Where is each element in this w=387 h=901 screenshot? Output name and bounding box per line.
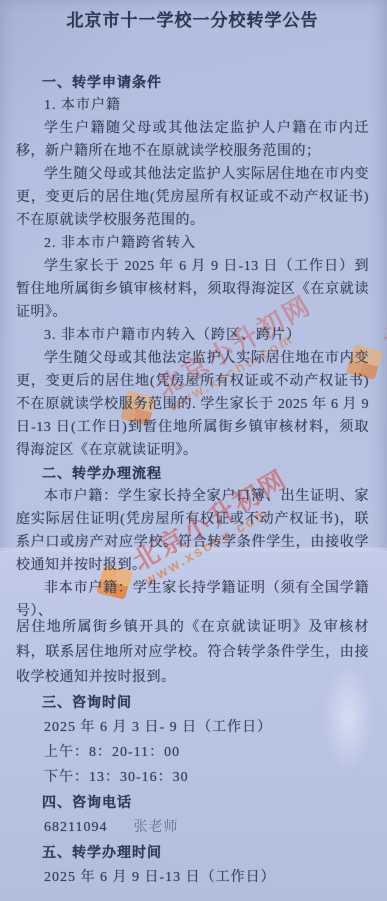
consult-morning-hours: 上午：8：20-11：00: [44, 740, 369, 765]
section-3-heading: 三、咨询时间: [42, 690, 369, 715]
section-1-item-1: 1. 本市户籍: [44, 94, 369, 117]
section-1-item-2: 2. 非本市户籍跨省转入: [44, 232, 369, 255]
section-4-heading: 四、咨询电话: [42, 790, 369, 815]
section-1-heading: 一、转学申请条件: [42, 71, 369, 94]
contact-person: 张老师: [133, 820, 178, 835]
section-1-item-2-paragraph-1: 学生家长于 2025 年 6 月 9 日-13 日（工作日）到暂住地所属街乡镇审…: [16, 255, 369, 324]
section-1-item-3: 3. 非本市户籍市内转入（跨区、跨片）: [44, 324, 369, 347]
section-1-item-1-paragraph-1: 学生户籍随父母或其他法定监护人户籍在市内迁移，新户籍所在地不在原就读学校服务范围…: [16, 117, 369, 163]
section-2-heading: 二、转学办理流程: [42, 462, 369, 485]
phone-number: 68211094: [44, 820, 107, 835]
document-photo: 北京小升初网 www.xschu.com 北京小升初网 www.xschu.co…: [0, 0, 387, 901]
transfer-processing-dates: 2025 年 6 月 9 日-13 日（工作日）: [44, 865, 369, 890]
section-2-paragraph-2-continued: 居住地所属街乡镇开具的《在京就读证明》及审核材料，联系居住地所对应学校。符合转学…: [16, 615, 369, 690]
section-1-item-3-paragraph-1: 学生随父母或其他法定监护人实际居住地在市内变更，变更后的居住地(凭房屋所有权证或…: [16, 347, 369, 462]
document-body-bottom: 居住地所属街乡镇开具的《在京就读证明》及审核材料，联系居住地所对应学校。符合转学…: [16, 615, 369, 890]
page-title: 北京市十一学校一分校转学公告: [16, 8, 369, 33]
watermark-site-name: 北京小升初网: [378, 244, 387, 355]
consult-dates: 2025 年 6 月 3 日- 9 日（工作日）: [44, 715, 369, 740]
section-2-paragraph-1: 本市户籍：学生家长持全家户口簿、出生证明、家庭实际居住证明(凭房屋所有权证或不动…: [16, 485, 369, 577]
section-1-item-1-paragraph-2: 学生随父母或其他法定监护人实际居住地在市内变更，变更后的居住地(凭房屋所有权证或…: [16, 163, 369, 232]
section-5-heading: 五、转学办理时间: [42, 840, 369, 865]
phone-line: 68211094张老师: [44, 815, 369, 840]
document-body-top: 北京市十一学校一分校转学公告 一、转学申请条件 1. 本市户籍 学生户籍随父母或…: [16, 8, 369, 623]
consult-afternoon-hours: 下午：13：30-16：30: [44, 765, 369, 790]
